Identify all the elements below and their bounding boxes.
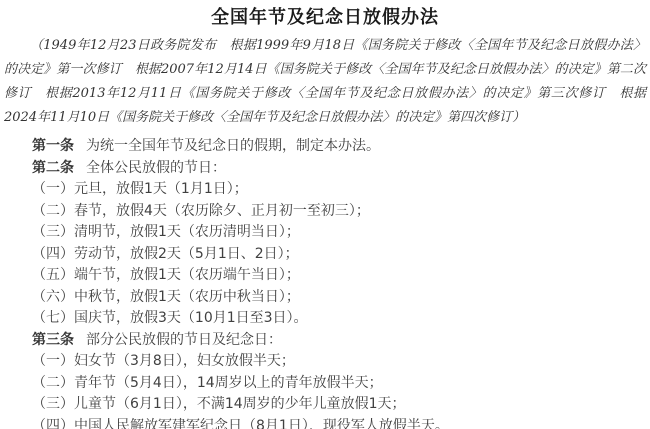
article-3-item-2: （二）青年节（5月4日），14周岁以上的青年放假半天；	[4, 373, 646, 395]
article-2-item-4: （四）劳动节，放假2天（5月1日、2日）；	[4, 244, 646, 266]
article-1: 第一条为统一全国年节及纪念日的假期，制定本办法。	[4, 136, 646, 158]
article-3-text: 部分公民放假的节日及纪念日：	[86, 332, 282, 348]
article-2-item-6: （六）中秋节，放假1天（农历中秋当日）；	[4, 287, 646, 309]
article-1-label: 第一条	[32, 138, 74, 154]
revision-history: （1949年12月23日政务院发布 根据1999年9月18日《国务院关于修改〈全…	[4, 34, 646, 130]
document-title: 全国年节及纪念日放假办法	[0, 0, 650, 30]
article-2-item-2: （二）春节，放假4天（农历除夕、正月初一至初三）；	[4, 201, 646, 223]
article-2-item-1: （一）元旦，放假1天（1月1日）；	[4, 179, 646, 201]
article-2: 第二条全体公民放假的节日：	[4, 158, 646, 180]
article-3-label: 第三条	[32, 332, 74, 348]
article-2-item-5: （五）端午节，放假1天（农历端午当日）；	[4, 265, 646, 287]
document-body: 第一条为统一全国年节及纪念日的假期，制定本办法。 第二条全体公民放假的节日： （…	[4, 136, 646, 429]
article-2-text: 全体公民放假的节日：	[86, 160, 226, 176]
article-2-item-7: （七）国庆节，放假3天（10月1日至3日）。	[4, 308, 646, 330]
article-3-item-4: （四）中国人民解放军建军纪念日（8月1日），现役军人放假半天。	[4, 416, 646, 429]
article-2-item-3: （三）清明节，放假1天（农历清明当日）；	[4, 222, 646, 244]
article-3-item-3: （三）儿童节（6月1日），不满14周岁的少年儿童放假1天；	[4, 394, 646, 416]
article-3: 第三条部分公民放假的节日及纪念日：	[4, 330, 646, 352]
document-page: 全国年节及纪念日放假办法 （1949年12月23日政务院发布 根据1999年9月…	[0, 0, 650, 429]
article-2-label: 第二条	[32, 160, 74, 176]
article-3-item-1: （一）妇女节（3月8日），妇女放假半天；	[4, 351, 646, 373]
article-1-text: 为统一全国年节及纪念日的假期，制定本办法。	[86, 138, 380, 154]
